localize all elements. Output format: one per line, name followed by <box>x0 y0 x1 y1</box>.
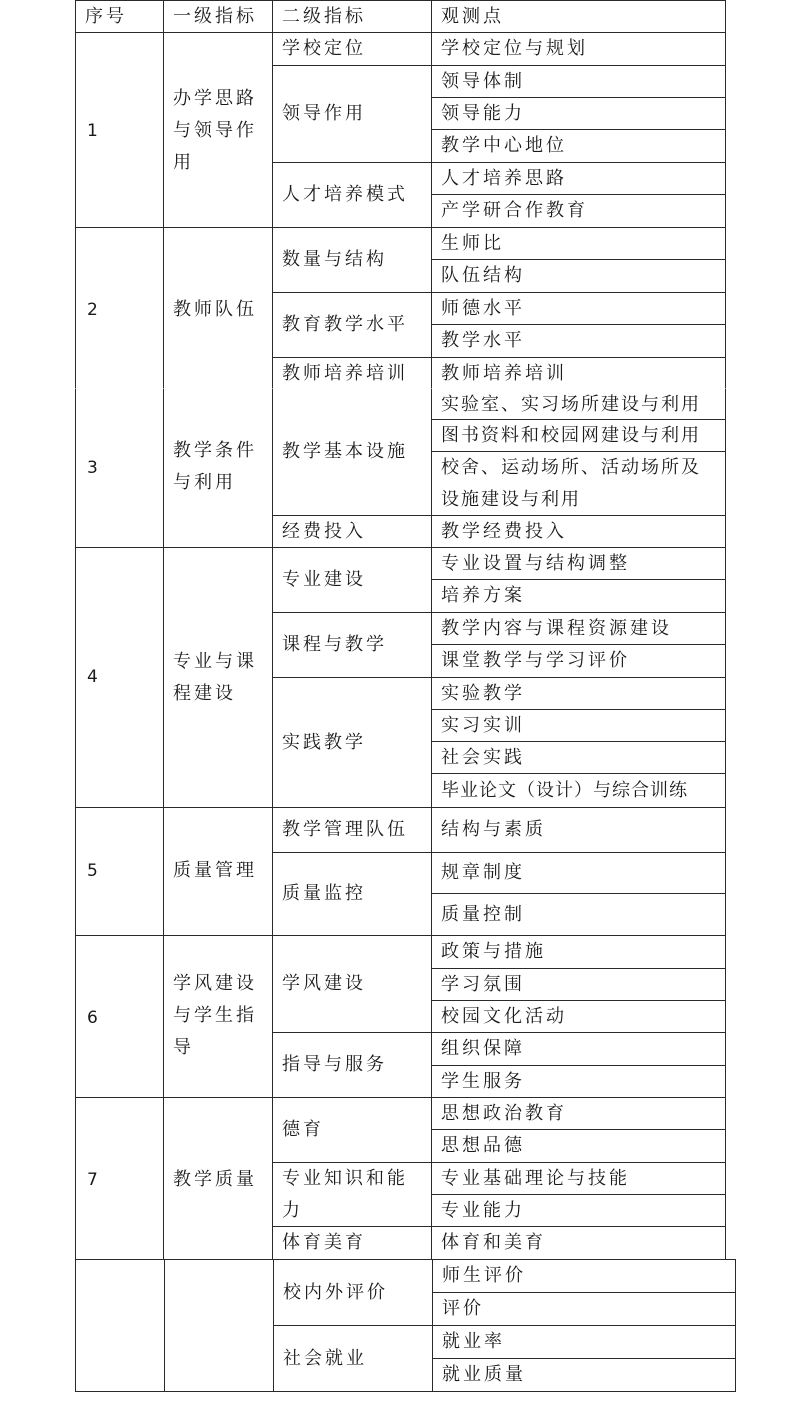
point-cell: 实验室、实习场所建设与利用 <box>431 388 726 420</box>
level2-cell: 学风建设 <box>272 935 432 1033</box>
point-cell: 教师培养培训 <box>431 357 726 390</box>
header-level2-label: 二级指标 <box>282 1 423 33</box>
group-8-level1 <box>164 1259 274 1392</box>
point-cell: 领导体制 <box>431 65 726 98</box>
level2-cell: 专业知识和能力 <box>272 1162 432 1227</box>
point-cell: 师生评价 <box>432 1259 736 1293</box>
group-no: 3 <box>87 452 155 484</box>
point-label: 就业质量 <box>442 1359 727 1391</box>
point-cell: 毕业论文（设计）与综合训练 <box>431 773 726 808</box>
point-label: 质量控制 <box>441 899 525 931</box>
point-cell: 校园文化活动 <box>431 1000 726 1033</box>
level2-label: 教学基本设施 <box>282 436 408 468</box>
level2-cell: 人才培养模式 <box>272 162 432 228</box>
level2-cell: 指导与服务 <box>272 1032 432 1098</box>
level2-cell: 质量监控 <box>272 852 432 936</box>
point-label: 校舍、运动场所、活动场所及设施建设与利用 <box>441 452 717 516</box>
point-label: 产学研合作教育 <box>441 195 717 227</box>
point-cell: 领导能力 <box>431 97 726 130</box>
level2-label: 经费投入 <box>282 516 423 548</box>
point-label: 培养方案 <box>441 580 717 612</box>
point-cell: 结构与素质 <box>431 807 726 853</box>
group-no: 7 <box>87 1164 155 1196</box>
point-label: 思想政治教育 <box>441 1098 717 1130</box>
point-cell: 实验教学 <box>431 677 726 710</box>
point-cell: 评价 <box>432 1292 736 1326</box>
level2-label: 社会就业 <box>283 1343 367 1375</box>
group-6-no: 6 <box>75 935 164 1098</box>
point-cell: 专业基础理论与技能 <box>431 1162 726 1195</box>
level2-label: 校内外评价 <box>283 1277 388 1309</box>
point-cell: 教学经费投入 <box>431 515 726 548</box>
point-label: 校园文化活动 <box>441 1001 717 1033</box>
level2-label: 体育美育 <box>282 1227 423 1259</box>
point-cell: 组织保障 <box>431 1032 726 1066</box>
point-label: 专业设置与结构调整 <box>441 548 717 580</box>
level2-cell: 教学基本设施 <box>272 388 432 516</box>
point-cell: 政策与措施 <box>431 935 726 969</box>
level2-cell: 教育教学水平 <box>272 292 432 358</box>
group-no: 5 <box>87 855 155 887</box>
level2-label: 人才培养模式 <box>282 179 408 211</box>
point-cell: 教学水平 <box>431 324 726 358</box>
group-1-no: 1 <box>75 32 164 228</box>
level2-label: 课程与教学 <box>282 629 387 661</box>
group-5-no: 5 <box>75 807 164 936</box>
point-label: 实验室、实习场所建设与利用 <box>441 389 717 420</box>
level2-cell: 学校定位 <box>272 32 432 66</box>
point-cell: 实习实训 <box>431 709 726 742</box>
level1-label: 专业与课程建设 <box>173 646 264 710</box>
point-label: 学习氛围 <box>441 969 717 1001</box>
level2-label: 专业建设 <box>282 564 366 596</box>
level2-cell: 数量与结构 <box>272 227 432 293</box>
level2-cell: 教学管理队伍 <box>272 807 432 853</box>
level2-cell: 课程与教学 <box>272 612 432 678</box>
level2-label: 质量监控 <box>282 878 366 910</box>
point-label: 专业基础理论与技能 <box>441 1163 717 1195</box>
level2-label: 教学管理队伍 <box>282 814 408 846</box>
level2-label: 学校定位 <box>282 33 423 65</box>
point-label: 学校定位与规划 <box>441 33 717 65</box>
point-label: 领导能力 <box>441 98 717 130</box>
group-8-no <box>75 1259 165 1392</box>
level2-label: 学风建设 <box>282 968 366 1000</box>
level2-cell: 校内外评价 <box>273 1259 433 1326</box>
level2-cell: 社会就业 <box>273 1325 433 1392</box>
point-cell: 图书资料和校园网建设与利用 <box>431 419 726 452</box>
point-label: 生师比 <box>441 228 717 260</box>
point-cell: 社会实践 <box>431 741 726 774</box>
group-2-level1: 教师队伍 <box>163 227 273 389</box>
evaluation-index-table: 序号 一级指标 二级指标 观测点 1 办学思路与领导作用 学校定位 学校定位与规… <box>0 0 800 1427</box>
point-cell: 队伍结构 <box>431 259 726 293</box>
group-1-level1: 办学思路与领导作用 <box>163 32 273 228</box>
level2-label: 实践教学 <box>282 727 366 759</box>
point-cell: 生师比 <box>431 227 726 260</box>
header-no-label: 序号 <box>85 1 155 33</box>
point-label: 师生评价 <box>442 1260 727 1292</box>
point-cell: 学校定位与规划 <box>431 32 726 66</box>
point-label: 结构与素质 <box>441 814 546 846</box>
point-label: 就业率 <box>442 1326 727 1358</box>
point-label: 规章制度 <box>441 857 525 889</box>
point-label: 课堂教学与学习评价 <box>441 645 717 677</box>
point-cell: 质量控制 <box>431 893 726 936</box>
group-7-no: 7 <box>75 1097 164 1260</box>
level2-cell: 领导作用 <box>272 65 432 163</box>
group-3-level1: 教学条件与利用 <box>163 388 273 548</box>
level1-label: 学风建设与学生指导 <box>173 968 264 1064</box>
level2-cell: 实践教学 <box>272 677 432 808</box>
group-2-no: 2 <box>75 227 164 389</box>
point-label: 思想品德 <box>441 1130 717 1162</box>
header-points-label: 观测点 <box>441 1 717 33</box>
point-cell: 教学内容与课程资源建设 <box>431 612 726 645</box>
point-cell: 人才培养思路 <box>431 162 726 195</box>
group-4-no: 4 <box>75 547 164 808</box>
level2-label: 指导与服务 <box>282 1049 387 1081</box>
level2-label: 数量与结构 <box>282 244 387 276</box>
point-cell: 学习氛围 <box>431 968 726 1001</box>
point-label: 评价 <box>442 1293 727 1325</box>
point-label: 组织保障 <box>441 1033 717 1065</box>
header-no: 序号 <box>75 0 164 34</box>
header-points: 观测点 <box>431 0 726 34</box>
level2-label: 教育教学水平 <box>282 309 408 341</box>
header-level1: 一级指标 <box>163 0 273 34</box>
point-cell: 规章制度 <box>431 852 726 894</box>
level2-label: 领导作用 <box>282 98 366 130</box>
level2-label: 德育 <box>282 1114 324 1146</box>
group-4-level1: 专业与课程建设 <box>163 547 273 808</box>
level1-label: 质量管理 <box>173 855 264 887</box>
point-label: 专业能力 <box>441 1195 717 1227</box>
point-label: 学生服务 <box>441 1066 717 1098</box>
point-cell: 思想品德 <box>431 1129 726 1163</box>
point-label: 教学内容与课程资源建设 <box>441 613 717 645</box>
point-cell: 专业设置与结构调整 <box>431 547 726 580</box>
point-label: 教学经费投入 <box>441 516 717 548</box>
level1-label: 办学思路与领导作用 <box>173 83 264 179</box>
point-label: 政策与措施 <box>441 936 717 968</box>
point-label: 实习实训 <box>441 710 717 742</box>
point-label: 图书资料和校园网建设与利用 <box>441 420 717 452</box>
point-label: 体育和美育 <box>441 1227 717 1259</box>
point-label: 教学中心地位 <box>441 130 717 162</box>
point-label: 实验教学 <box>441 678 717 710</box>
point-label: 队伍结构 <box>441 260 717 292</box>
level2-cell: 德育 <box>272 1097 432 1163</box>
point-cell: 就业质量 <box>432 1358 736 1392</box>
group-no: 6 <box>87 1002 155 1034</box>
header-level1-label: 一级指标 <box>173 1 264 33</box>
point-cell: 产学研合作教育 <box>431 194 726 228</box>
point-label: 毕业论文（设计）与综合训练 <box>441 774 717 808</box>
level1-label: 教学质量 <box>173 1164 264 1196</box>
point-label: 教师培养培训 <box>441 358 717 390</box>
level2-cell: 经费投入 <box>272 515 432 548</box>
point-cell: 体育和美育 <box>431 1226 726 1260</box>
point-cell: 专业能力 <box>431 1194 726 1227</box>
group-5-level1: 质量管理 <box>163 807 273 936</box>
group-no: 2 <box>87 294 155 326</box>
group-3-no: 3 <box>75 388 164 548</box>
point-cell: 校舍、运动场所、活动场所及设施建设与利用 <box>431 451 726 516</box>
point-label: 社会实践 <box>441 742 717 774</box>
point-cell: 培养方案 <box>431 579 726 613</box>
point-cell: 课堂教学与学习评价 <box>431 644 726 678</box>
point-cell: 学生服务 <box>431 1065 726 1098</box>
level1-label: 教师队伍 <box>173 294 264 326</box>
level2-cell: 专业建设 <box>272 547 432 613</box>
header-level2: 二级指标 <box>272 0 432 34</box>
point-label: 教学水平 <box>441 325 717 357</box>
point-cell: 师德水平 <box>431 292 726 325</box>
group-6-level1: 学风建设与学生指导 <box>163 935 273 1098</box>
level1-label: 教学条件与利用 <box>173 435 264 499</box>
level2-label: 专业知识和能力 <box>282 1163 423 1227</box>
level2-cell: 教师培养培训 <box>272 357 432 390</box>
point-label: 人才培养思路 <box>441 163 717 195</box>
point-cell: 教学中心地位 <box>431 129 726 163</box>
point-cell: 思想政治教育 <box>431 1097 726 1130</box>
group-7-level1: 教学质量 <box>163 1097 273 1260</box>
group-no: 4 <box>87 661 155 693</box>
point-label: 领导体制 <box>441 66 717 98</box>
point-label: 师德水平 <box>441 293 717 325</box>
level2-label: 教师培养培训 <box>282 358 423 390</box>
point-cell: 就业率 <box>432 1325 736 1359</box>
group-no: 1 <box>87 115 155 147</box>
level2-cell: 体育美育 <box>272 1226 432 1260</box>
